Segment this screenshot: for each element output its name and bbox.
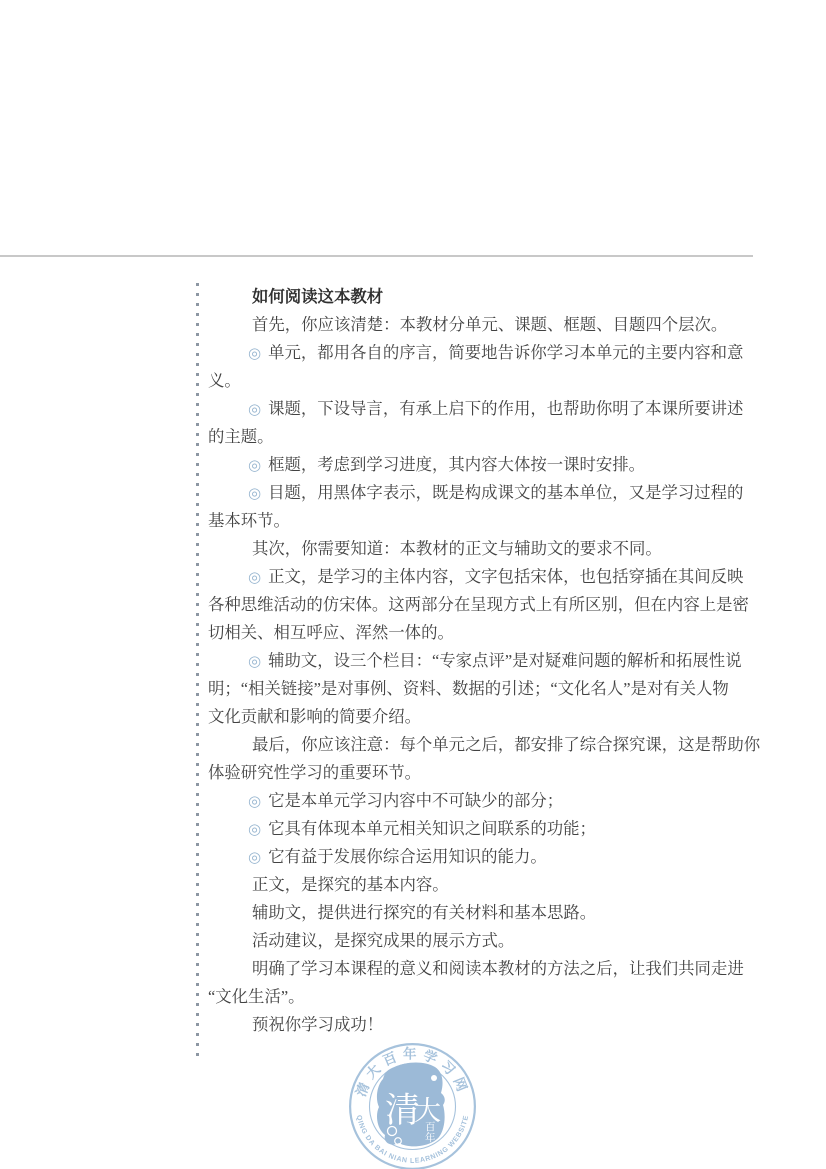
text-line: ◎辅助文，设三个栏目：“专家点评”是对疑难问题的解析和拓展性说: [208, 647, 783, 675]
text-line: 基本环节。: [208, 507, 783, 535]
double-circle-bullet-icon: ◎: [248, 486, 261, 502]
text-line: 文化贡献和影响的简要介绍。: [208, 703, 783, 731]
text-line: 明；“相关链接”是对事例、资料、数据的引述；“文化名人”是对有关人物: [208, 675, 783, 703]
scanned-textbook-page: 如何阅读这本教材首先，你应该清楚：本教材分单元、课题、框题、目题四个层次。◎单元…: [0, 0, 826, 1169]
line-text: 单元，都用各自的序言，简要地告诉你学习本单元的主要内容和意: [268, 343, 743, 362]
vertical-dotted-rule: [196, 283, 199, 1063]
line-text: 它具有体现本单元相关知识之间联系的功能；: [268, 819, 596, 838]
text-line: ◎正文，是学习的主体内容，文字包括宋体，也包括穿插在其间反映: [208, 563, 783, 591]
top-divider-line: [0, 255, 753, 257]
line-text: 正文，是探究的基本内容。: [252, 875, 449, 894]
line-text: 目题，用黑体字表示，既是构成课文的基本单位，又是学习过程的: [268, 483, 743, 502]
line-text: 正文，是学习的主体内容，文字包括宋体，也包括穿插在其间反映: [268, 567, 743, 586]
line-text: 课题，下设导言，有承上启下的作用，也帮助你明了本课所要讲述: [268, 399, 743, 418]
double-circle-bullet-icon: ◎: [248, 570, 261, 586]
line-text: 辅助文，提供进行探究的有关材料和基本思路。: [252, 903, 596, 922]
line-text: 它是本单元学习内容中不可缺少的部分；: [268, 791, 563, 810]
line-text: 最后，你应该注意：每个单元之后，都安排了综合探究课，这是帮助你: [252, 735, 760, 754]
double-circle-bullet-icon: ◎: [248, 822, 261, 838]
line-text: 体验研究性学习的重要环节。: [208, 763, 421, 782]
text-line: 体验研究性学习的重要环节。: [208, 759, 783, 787]
line-text: 文化贡献和影响的简要介绍。: [208, 707, 421, 726]
text-line: 辅助文，提供进行探究的有关材料和基本思路。: [208, 899, 783, 927]
document-title: 如何阅读这本教材: [208, 283, 783, 311]
line-text: 义。: [208, 371, 241, 390]
text-line: 最后，你应该注意：每个单元之后，都安排了综合探究课，这是帮助你: [208, 731, 783, 759]
double-circle-bullet-icon: ◎: [248, 458, 261, 474]
watermark-logo: 清大百年学习网 QING DA BAI NIAN LEARNING WEBSIT…: [347, 1041, 478, 1169]
text-lines: 如何阅读这本教材首先，你应该清楚：本教材分单元、课题、框题、目题四个层次。◎单元…: [208, 283, 783, 1039]
line-text: 它有益于发展你综合运用知识的能力。: [268, 847, 547, 866]
text-line: “文化生活”。: [208, 983, 783, 1011]
seal-char-nian: 年: [425, 1131, 436, 1144]
text-line: 其次，你需要知道：本教材的正文与辅助文的要求不同。: [208, 535, 783, 563]
line-text: 各种思维活动的仿宋体。这两部分在呈现方式上有所区别，但在内容上是密: [208, 595, 749, 614]
line-text: 预祝你学习成功！: [252, 1015, 383, 1034]
seal-notch-decoration: [431, 1075, 437, 1081]
line-text: 基本环节。: [208, 511, 290, 530]
double-circle-bullet-icon: ◎: [248, 850, 261, 866]
text-line: 正文，是探究的基本内容。: [208, 871, 783, 899]
double-circle-bullet-icon: ◎: [248, 402, 261, 418]
seal-char-bai: 百: [425, 1121, 436, 1133]
line-text: “文化生活”。: [208, 987, 305, 1006]
text-line: 义。: [208, 367, 783, 395]
text-line: ◎框题，考虑到学习进度，其内容大体按一课时安排。: [208, 451, 783, 479]
double-circle-bullet-icon: ◎: [248, 654, 261, 670]
text-line: 预祝你学习成功！: [208, 1011, 783, 1039]
line-text: 首先，你应该清楚：本教材分单元、课题、框题、目题四个层次。: [252, 315, 727, 334]
text-line: ◎它具有体现本单元相关知识之间联系的功能；: [208, 815, 783, 843]
double-circle-bullet-icon: ◎: [248, 794, 261, 810]
line-text: 明；“相关链接”是对事例、资料、数据的引述；“文化名人”是对有关人物: [208, 679, 729, 698]
double-circle-bullet-icon: ◎: [248, 346, 261, 362]
text-line: 各种思维活动的仿宋体。这两部分在呈现方式上有所区别，但在内容上是密: [208, 591, 783, 619]
text-line: 的主题。: [208, 423, 783, 451]
text-line: 切相关、相互呼应、浑然一体的。: [208, 619, 783, 647]
watermark-seal: 清 大 百 年: [377, 1063, 445, 1147]
text-line: ◎它有益于发展你综合运用知识的能力。: [208, 843, 783, 871]
text-line: 明确了学习本课程的意义和阅读本教材的方法之后，让我们共同走进: [208, 955, 783, 983]
line-text: 其次，你需要知道：本教材的正文与辅助文的要求不同。: [252, 539, 662, 558]
line-text: 的主题。: [208, 427, 274, 446]
line-text: 如何阅读这本教材: [252, 287, 383, 306]
line-text: 活动建议，是探究成果的展示方式。: [252, 931, 514, 950]
line-text: 明确了学习本课程的意义和阅读本教材的方法之后，让我们共同走进: [252, 959, 744, 978]
text-line: ◎课题，下设导言，有承上启下的作用，也帮助你明了本课所要讲述: [208, 395, 783, 423]
line-text: 框题，考虑到学习进度，其内容大体按一课时安排。: [268, 455, 645, 474]
text-line: ◎它是本单元学习内容中不可缺少的部分；: [208, 787, 783, 815]
line-text: 辅助文，设三个栏目：“专家点评”是对疑难问题的解析和拓展性说: [268, 651, 742, 670]
text-line: 活动建议，是探究成果的展示方式。: [208, 927, 783, 955]
line-text: 切相关、相互呼应、浑然一体的。: [208, 623, 454, 642]
text-line: ◎单元，都用各自的序言，简要地告诉你学习本单元的主要内容和意: [208, 339, 783, 367]
text-line: 首先，你应该清楚：本教材分单元、课题、框题、目题四个层次。: [208, 311, 783, 339]
text-line: ◎目题，用黑体字表示，既是构成课文的基本单位，又是学习过程的: [208, 479, 783, 507]
